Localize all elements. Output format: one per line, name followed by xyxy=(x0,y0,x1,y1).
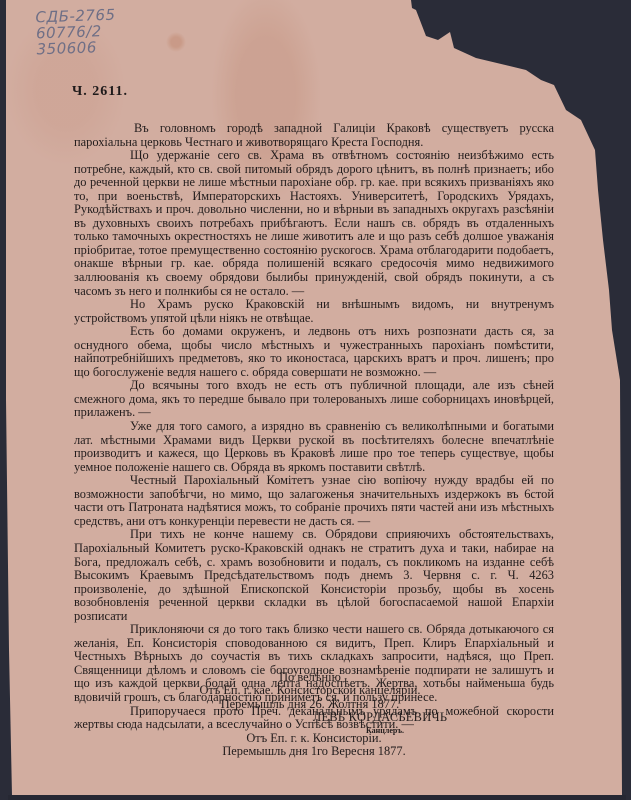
document-number: Ч. 2611. xyxy=(72,84,128,100)
paragraph: Есть бо домами окруженъ, и ледвонь отъ н… xyxy=(74,325,554,379)
archive-note: 350606 xyxy=(36,39,117,58)
signature-title: Канцлеръ. xyxy=(150,725,470,737)
signature-by-order: По велѣнiю xyxy=(150,671,470,684)
document-body: Въ головномъ городѣ западной Галицiи Кра… xyxy=(74,122,554,759)
paragraph: Въ головномъ городѣ западной Галицiи Кра… xyxy=(74,122,554,149)
page-bottom-edge xyxy=(8,795,626,800)
signature-block: По велѣнiю Отъ Еп. г. кае. Консисторской… xyxy=(150,671,470,737)
paragraph: При тихъ не конче нашему св. Обрядови сп… xyxy=(74,528,554,623)
archive-pencil-notes: СДБ-2765 60776/2 350606 xyxy=(35,7,117,58)
closing-place-date: Перемышль дня 1го Вересня 1877. xyxy=(74,745,554,759)
paragraph: Уже для того самого, а изрядно въ сравне… xyxy=(74,420,554,474)
signature-name: ЛЕВЬ КОРДАСЬЕВИЧЬ xyxy=(150,711,470,724)
signature-place-date: Перемышль дня 26. Жолтня 1877. xyxy=(150,698,470,711)
paragraph: Но Храмъ руско Краковскiй ни внѣшнымъ ви… xyxy=(74,298,554,325)
paragraph: До всячыны того входъ не есть отъ публич… xyxy=(74,379,554,420)
paragraph: Що удержанiе сего св. Храма въ отвѣтномъ… xyxy=(74,149,554,298)
signature-office: Отъ Еп. г. кае. Консисторской канцелярiи… xyxy=(150,684,470,697)
paragraph: Честный Парохiальный Комiтетъ узнае сiю … xyxy=(74,474,554,528)
